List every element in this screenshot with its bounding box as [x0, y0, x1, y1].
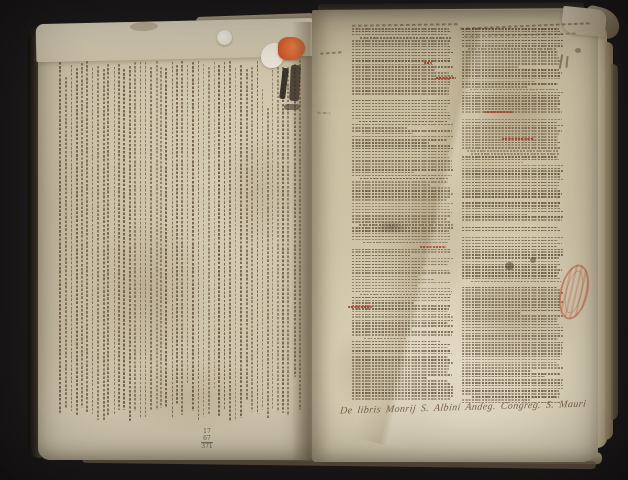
- script-line-vertical: [287, 67, 289, 416]
- script-line-vertical: [240, 65, 242, 418]
- stain-spot: [575, 48, 581, 53]
- script-line-vertical: [246, 69, 248, 402]
- script-line: [462, 28, 559, 30]
- script-line-vertical: [65, 77, 67, 408]
- script-line: [360, 37, 452, 39]
- script-line: [352, 49, 451, 51]
- script-line-vertical: [114, 67, 116, 415]
- script-line: [352, 72, 449, 74]
- script-line-vertical: [140, 62, 142, 419]
- script-line: [362, 133, 413, 135]
- script-line-vertical: [214, 62, 216, 389]
- script-line-vertical: [86, 61, 88, 413]
- left-page: 17 67 371: [38, 24, 312, 460]
- shelfmark-line: 67: [201, 435, 213, 443]
- script-line: [352, 58, 451, 60]
- script-line-vertical: [257, 61, 259, 415]
- script-line-vertical: [224, 62, 226, 409]
- script-line-vertical: [71, 65, 73, 411]
- shelfmark-line: 371: [194, 443, 220, 450]
- script-line-vertical: [277, 63, 279, 412]
- script-line: [352, 40, 451, 42]
- script-line-vertical: [262, 89, 264, 411]
- script-line-vertical: [218, 65, 220, 416]
- shelfmark-line: 17: [194, 428, 220, 435]
- script-line-vertical: [156, 61, 158, 411]
- script-line: [352, 46, 450, 48]
- script-line-vertical: [92, 68, 94, 413]
- white-paper-disc: [217, 30, 232, 45]
- script-line-vertical: [203, 64, 205, 417]
- script-line-vertical: [59, 62, 61, 413]
- script-line-vertical: [192, 62, 194, 412]
- script-line-vertical: [176, 65, 178, 405]
- fore-edge-stack-3: [611, 64, 618, 420]
- rubric-mark: [424, 62, 432, 64]
- script-line-vertical: [134, 62, 136, 412]
- script-line-vertical: [118, 64, 120, 411]
- script-line: [352, 34, 448, 36]
- faded-header-inscription-left: [352, 23, 458, 27]
- script-line-vertical: [103, 69, 105, 420]
- left-page-script-block: [38, 24, 312, 460]
- script-line-vertical: [272, 66, 274, 410]
- script-line-vertical: [160, 67, 162, 408]
- script-line: [352, 60, 451, 62]
- pencil-shelfmark: 17 67 371: [194, 428, 220, 450]
- script-line-vertical: [172, 62, 174, 419]
- script-line-vertical: [150, 67, 152, 411]
- script-line-vertical: [282, 67, 284, 413]
- script-line: [352, 69, 435, 71]
- script-line-vertical: [181, 61, 183, 415]
- margin-annotation: [320, 51, 342, 55]
- script-line: [352, 55, 449, 57]
- script-line-vertical: [235, 68, 237, 421]
- script-line-vertical: [123, 69, 125, 410]
- script-line-vertical: [208, 67, 210, 414]
- script-line-vertical: [145, 62, 147, 417]
- script-line-vertical: [107, 64, 109, 416]
- script-line-vertical: [97, 66, 99, 419]
- script-line: [352, 52, 454, 54]
- script-line: [352, 43, 449, 45]
- script-line-vertical: [76, 68, 78, 416]
- right-page: De libris Monrij S. Albini Andeg. Congre…: [312, 10, 598, 462]
- script-line: [352, 64, 433, 66]
- script-line: [352, 31, 450, 33]
- script-line-vertical: [251, 67, 253, 411]
- script-line-vertical: [198, 61, 200, 420]
- script-line-vertical: [187, 65, 189, 383]
- script-line-vertical: [165, 68, 167, 409]
- script-line-vertical: [267, 108, 269, 419]
- script-line: [352, 28, 449, 30]
- photo-background: 17 67 371 De libris Monrij S. Albini And…: [0, 0, 628, 480]
- script-line-vertical: [81, 63, 83, 408]
- script-line-vertical: [129, 66, 131, 421]
- margin-annotation: [317, 112, 330, 115]
- script-line-vertical: [229, 61, 231, 421]
- script-line: [352, 127, 407, 129]
